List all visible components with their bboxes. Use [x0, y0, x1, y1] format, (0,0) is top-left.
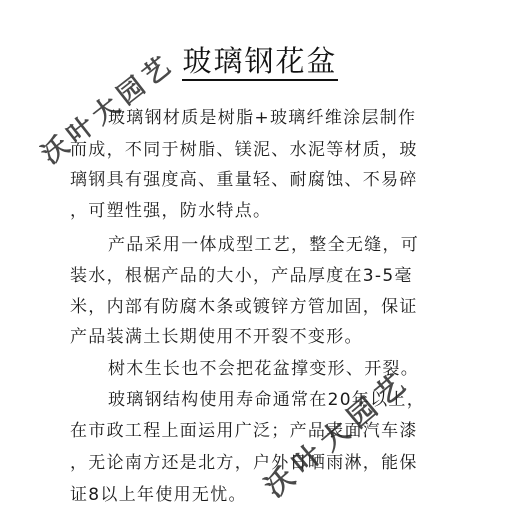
paragraph-4-line-1: 玻璃钢结构使用寿命通常在20年以上， — [108, 390, 498, 410]
paragraph-4-line-4: 证8以上年使用无忧。 — [70, 485, 460, 505]
paragraph-2-line-3: 米，内部有防腐木条或镀锌方管加固，保证 — [70, 297, 460, 317]
paragraph-2-line-4: 产品装满土长期使用不开裂不变形。 — [70, 327, 460, 347]
paragraph-1-line-1: 玻璃钢材质是树脂+玻璃纤维涂层制作 — [108, 108, 498, 128]
paragraph-2-line-2: 装水，根椐产品的大小，产品厚度在3-5毫 — [70, 266, 460, 286]
paragraph-1-line-4: ，可塑性强，防水特点。 — [70, 201, 460, 221]
paragraph-4-line-2: 在市政工程上面运用广泛；产品表面汽车漆 — [70, 421, 460, 441]
paragraph-3-line-1: 树木生长也不会把花盆撑变形、开裂。 — [108, 359, 498, 379]
title-text: 玻璃钢花盆 — [182, 44, 337, 81]
paragraph-1-line-2: 而成，不同于树脂、镁泥、水泥等材质，玻 — [70, 140, 460, 160]
paragraph-1-line-3: 璃钢具有强度高、重量轻、耐腐蚀、不易碎 — [70, 170, 460, 190]
document-title: 玻璃钢花盆 — [0, 44, 520, 78]
document-page: 玻璃钢花盆 玻璃钢材质是树脂+玻璃纤维涂层制作 而成，不同于树脂、镁泥、水泥等材… — [0, 0, 520, 520]
paragraph-2-line-1: 产品采用一体成型工艺，整全无缝，可 — [108, 235, 498, 255]
